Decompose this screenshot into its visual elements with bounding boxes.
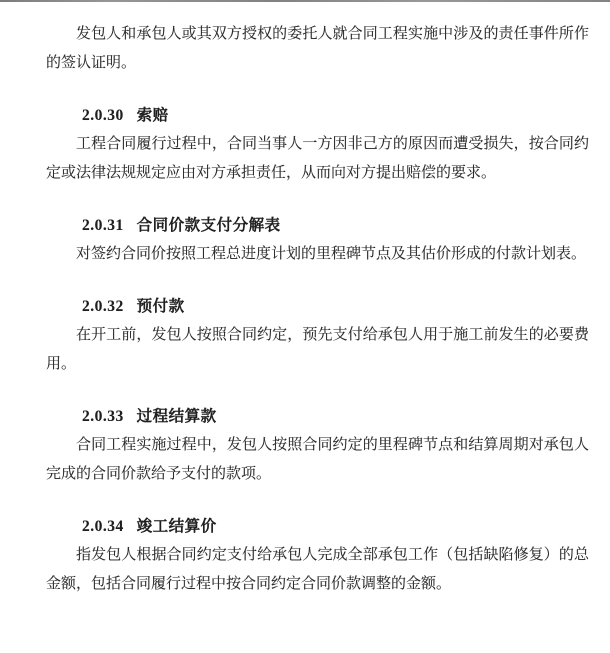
section-number: 2.0.32 <box>82 298 124 315</box>
section-heading: 2.0.31 合同价款支付分解表 <box>82 211 589 240</box>
section-title: 合同价款支付分解表 <box>137 217 281 234</box>
section-2-0-30: 2.0.30 索赔 工程合同履行过程中，合同当事人一方因非己方的原因而遭受损失，… <box>46 101 589 188</box>
paragraph-intro-continuation: 发包人和承包人或其双方授权的委托人就合同工程实施中涉及的责任事件所作的签认证明。 <box>46 20 589 78</box>
section-number: 2.0.33 <box>82 408 124 425</box>
section-title: 竣工结算价 <box>137 518 217 535</box>
section-body: 在开工前，发包人按照合同约定，预先支付给承包人用于施工前发生的必要费用。 <box>46 321 589 379</box>
section-2-0-34: 2.0.34 竣工结算价 指发包人根据合同约定支付给承包人完成全部承包工作（包括… <box>46 512 589 599</box>
section-body: 对签约合同价按照工程总进度计划的里程碑节点及其估价形成的付款计划表。 <box>46 240 589 269</box>
section-number: 2.0.30 <box>82 107 124 124</box>
section-title: 预付款 <box>137 298 185 315</box>
scanned-document-page: 发包人和承包人或其双方授权的委托人就合同工程实施中涉及的责任事件所作的签认证明。… <box>0 0 610 653</box>
section-body: 合同工程实施过程中，发包人按照合同约定的里程碑节点和结算周期对承包人完成的合同价… <box>46 431 589 489</box>
section-body: 指发包人根据合同约定支付给承包人完成全部承包工作（包括缺陷修复）的总金额，包括合… <box>46 541 589 599</box>
section-2-0-31: 2.0.31 合同价款支付分解表 对签约合同价按照工程总进度计划的里程碑节点及其… <box>46 211 589 269</box>
document-content: 发包人和承包人或其双方授权的委托人就合同工程实施中涉及的责任事件所作的签认证明。… <box>46 20 589 599</box>
section-number: 2.0.31 <box>82 217 124 234</box>
section-title: 索赔 <box>137 107 169 124</box>
section-heading: 2.0.34 竣工结算价 <box>82 512 589 541</box>
section-heading: 2.0.32 预付款 <box>82 292 589 321</box>
section-2-0-33: 2.0.33 过程结算款 合同工程实施过程中，发包人按照合同约定的里程碑节点和结… <box>46 402 589 489</box>
section-title: 过程结算款 <box>137 408 217 425</box>
section-number: 2.0.34 <box>82 518 124 535</box>
section-heading: 2.0.33 过程结算款 <box>82 402 589 431</box>
scan-edge-artifact <box>0 0 610 2</box>
section-body: 工程合同履行过程中，合同当事人一方因非己方的原因而遭受损失，按合同约定或法律法规… <box>46 130 589 188</box>
section-2-0-32: 2.0.32 预付款 在开工前，发包人按照合同约定，预先支付给承包人用于施工前发… <box>46 292 589 379</box>
section-heading: 2.0.30 索赔 <box>82 101 589 130</box>
